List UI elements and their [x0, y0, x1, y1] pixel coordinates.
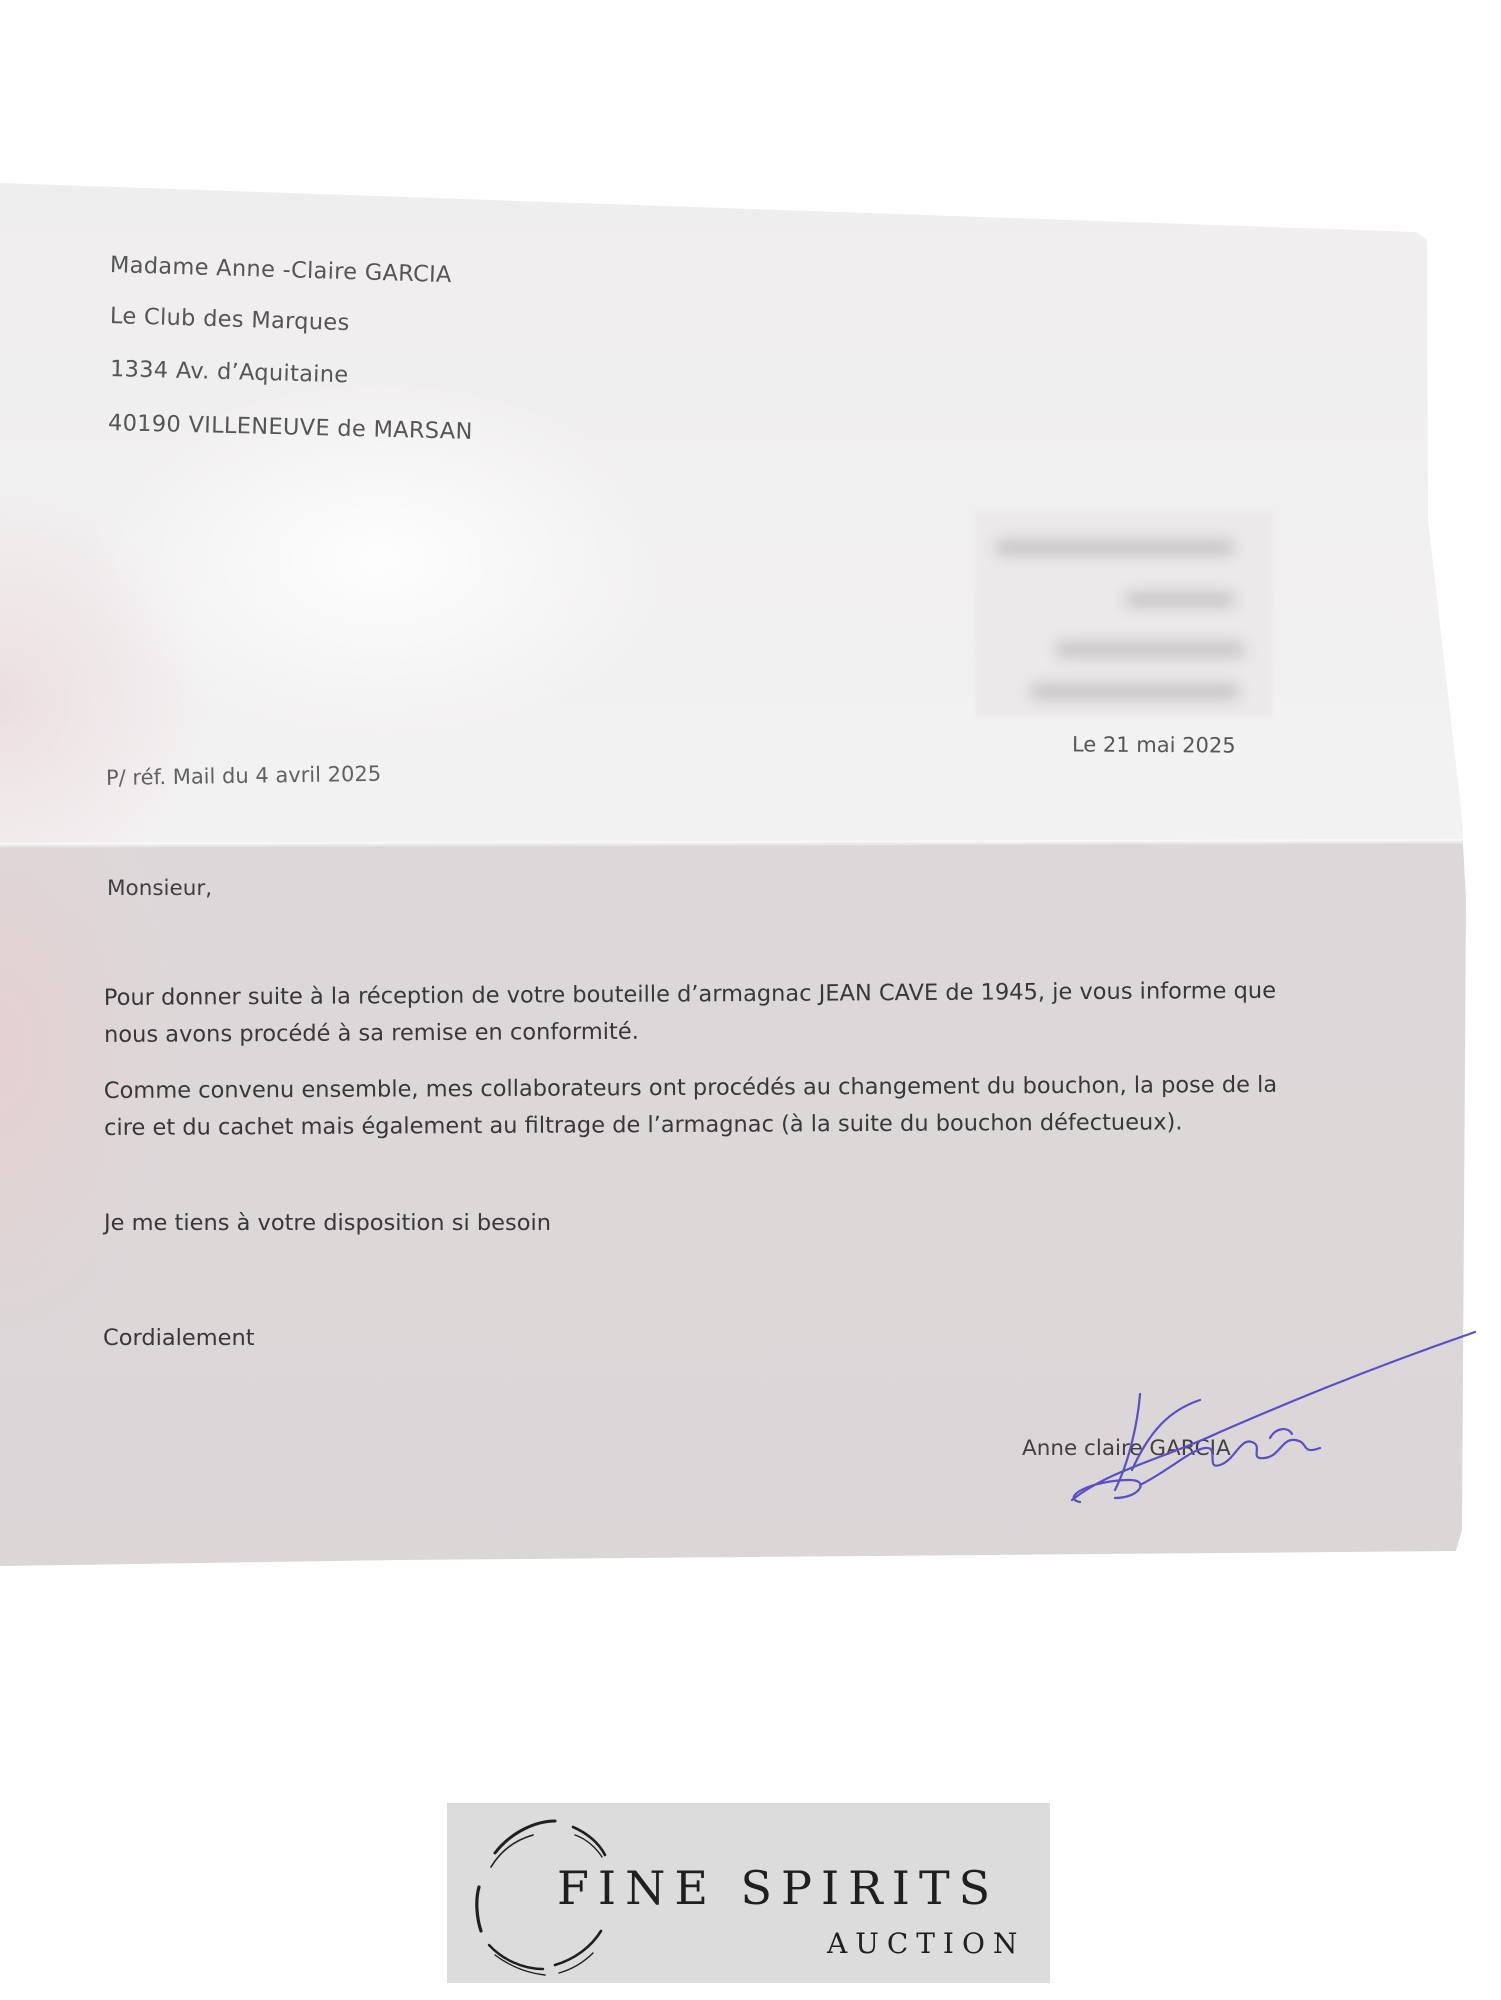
handwritten-signature-icon: [1020, 1320, 1480, 1510]
recipient-address-redacted: [975, 512, 1273, 717]
salutation: Monsieur,: [107, 876, 212, 901]
closing: Cordialement: [103, 1325, 255, 1351]
logo-subtitle: AUCTION: [827, 1927, 1025, 1960]
logo-title: FINE SPIRITS: [557, 1861, 999, 1915]
watermark-logo: FINE SPIRITS AUCTION: [447, 1803, 1050, 1983]
body-paragraph: Pour donner suite à la réception de votr…: [104, 973, 1284, 1054]
body-paragraph: Comme convenu ensemble, mes collaborateu…: [104, 1067, 1284, 1147]
reference-line: P/ réf. Mail du 4 avril 2025: [106, 762, 381, 790]
letter-date: Le 21 mai 2025: [1072, 732, 1236, 757]
body-paragraph: Je me tiens à votre disposition si besoi…: [104, 1205, 1284, 1242]
